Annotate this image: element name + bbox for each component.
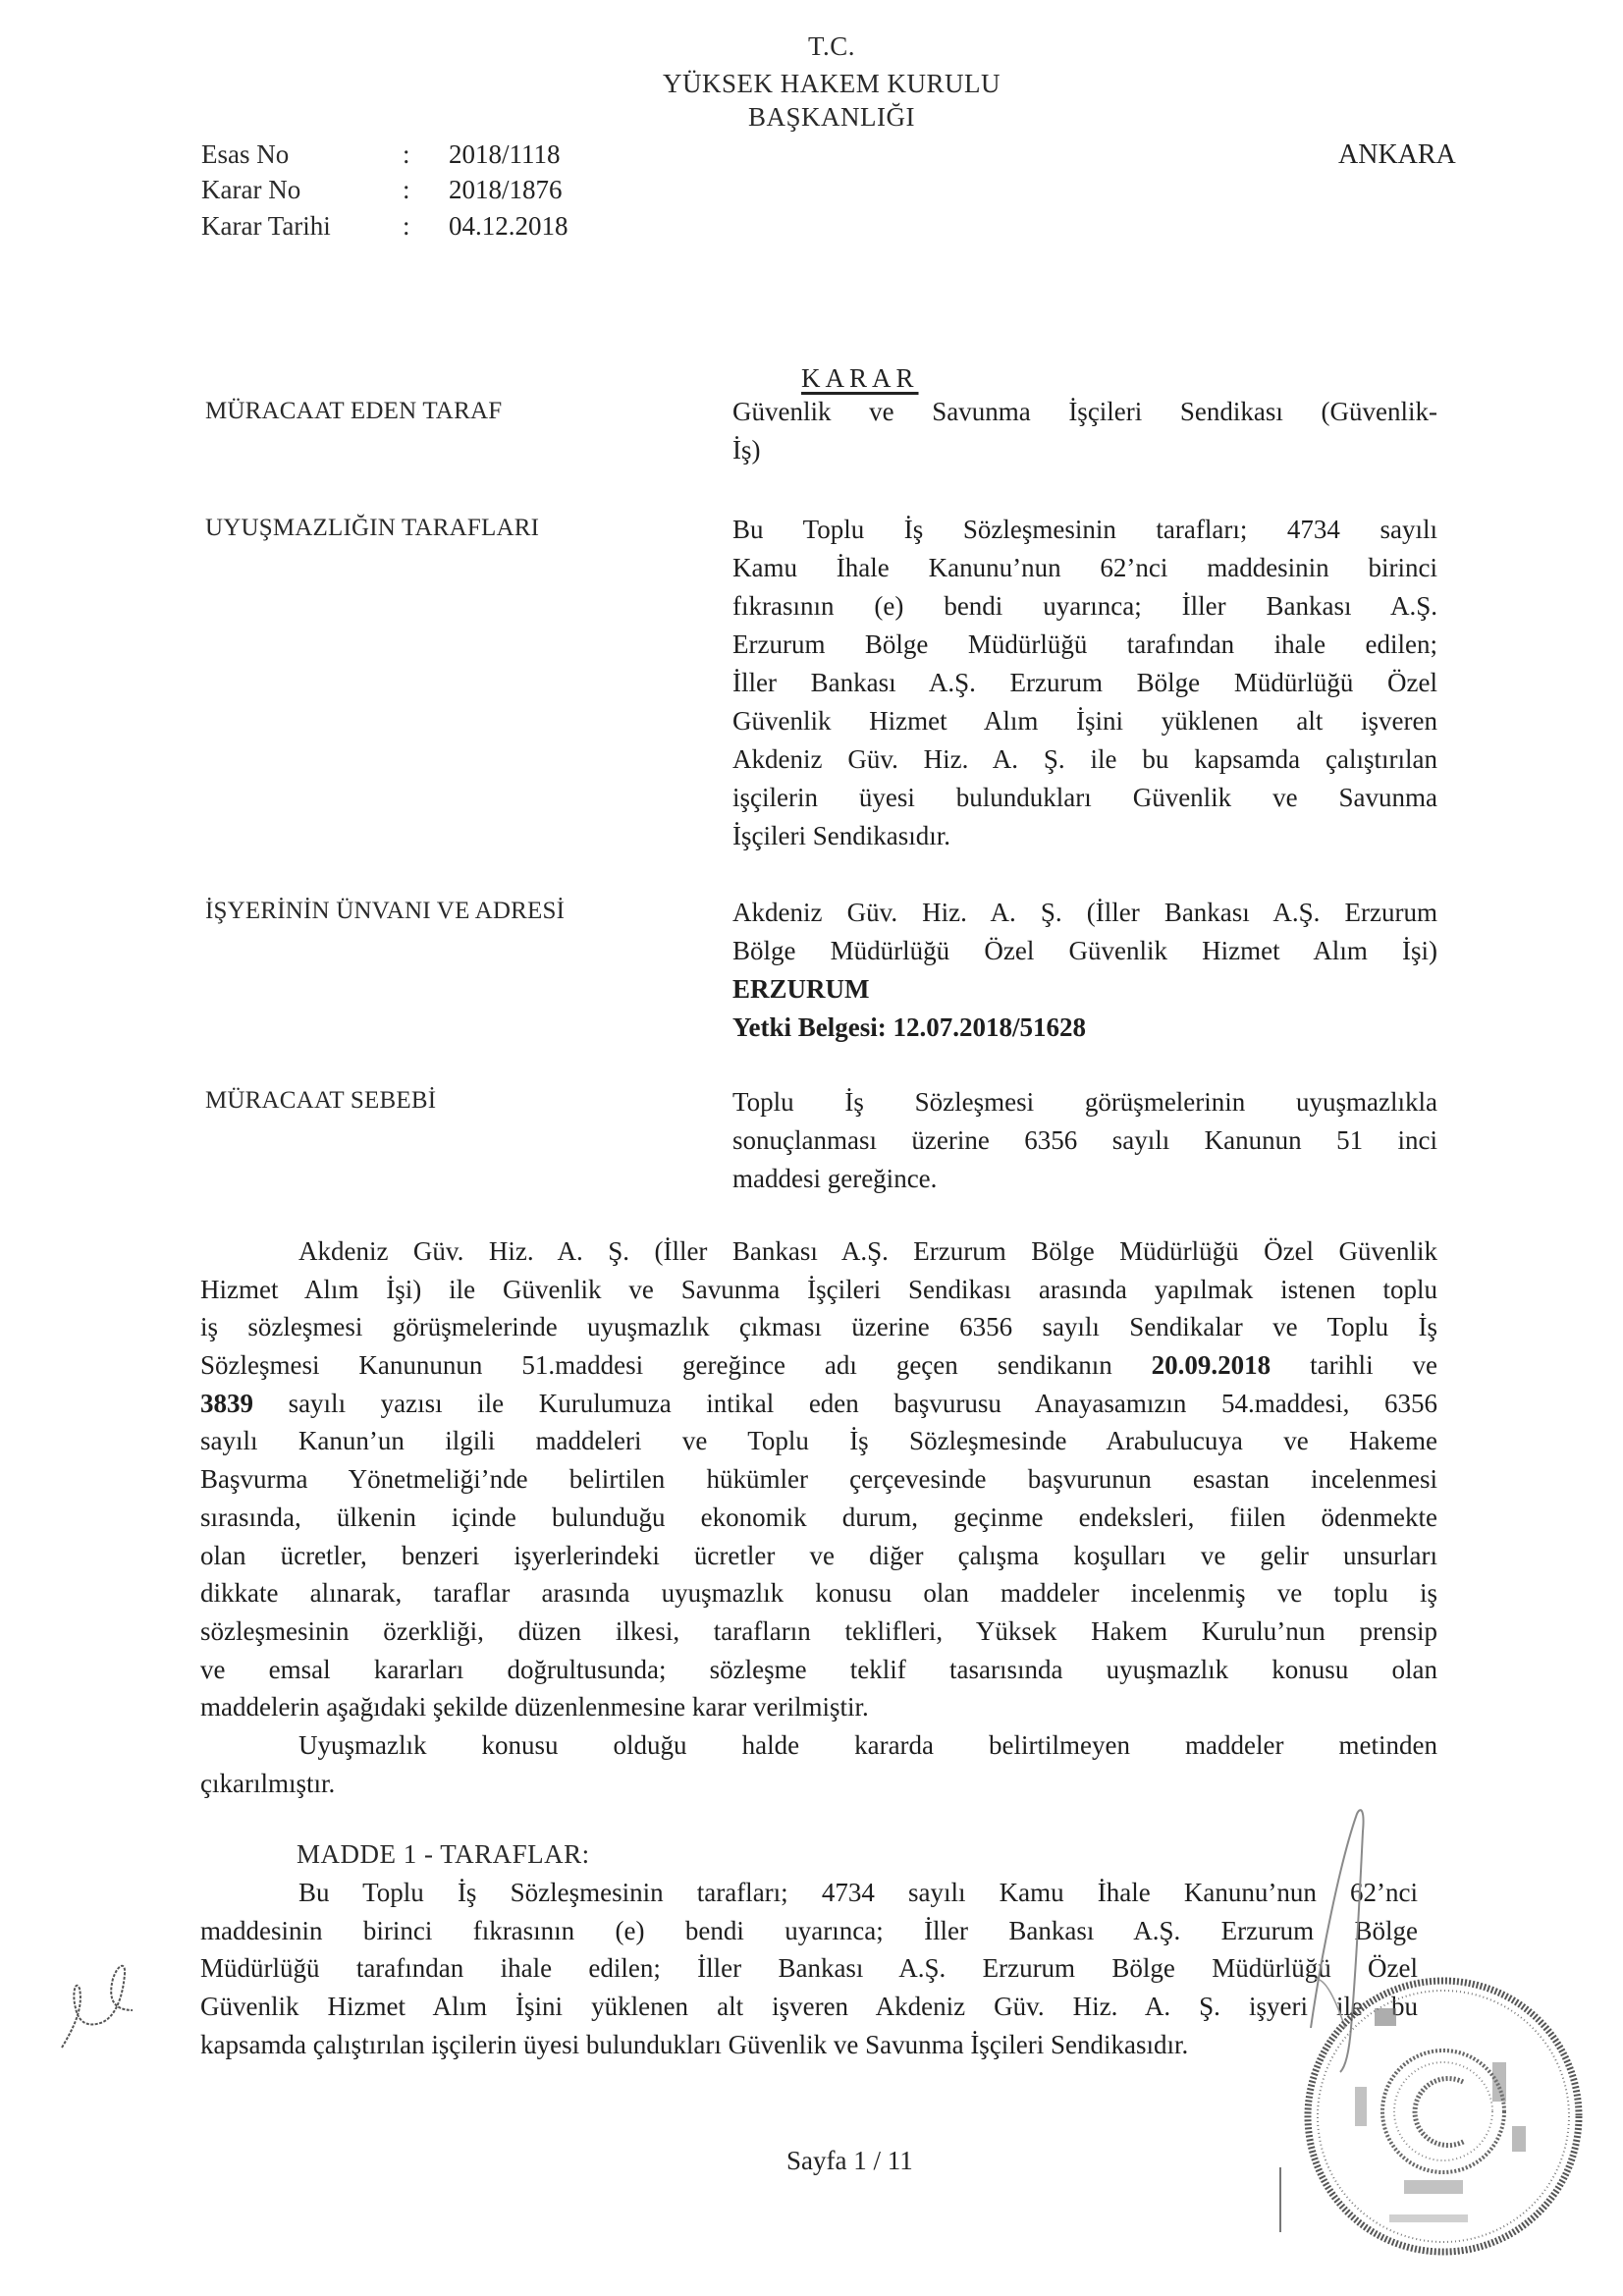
text-line: 3839 sayılı yazısı ile Kurulumuza intika… [200,1385,1437,1423]
text-run: Sözleşmesi Kanununun 51.maddesi gereğinc… [200,1350,1152,1380]
header-tc: T.C. [0,31,1623,62]
text-line: maddelerin aşağıdaki şekilde düzenlenmes… [200,1688,1437,1726]
text-line: sözleşmesinin özerkliği, düzen ilkesi, t… [200,1613,1437,1651]
text-line: fıkrasının (e) bendi uyarınca; İller Ban… [732,587,1437,626]
initials-icon [54,1949,152,2057]
text-line: Uyuşmazlık konusu olduğu halde kararda b… [200,1726,1437,1765]
article-1-heading: MADDE 1 - TARAFLAR: [297,1839,590,1870]
letter-number: 3839 [200,1389,253,1418]
text-line: Sözleşmesi Kanununun 51.maddesi gereğinc… [200,1346,1437,1385]
text-line: olan ücretler, benzeri işyerlerindeki üc… [200,1537,1437,1575]
text-line: Bölge Müdürlüğü Özel Güvenlik Hizmet Alı… [732,932,1437,970]
text-line: kapsamda çalıştırılan işçilerin üyesi bu… [200,2026,1418,2064]
meta-sep: : [403,211,410,242]
text-line: Akdeniz Güv. Hiz. A. Ş. (İller Bankası A… [200,1232,1437,1271]
section-body-reason: Toplu İş Sözleşmesi görüşmelerinin uyuşm… [732,1083,1437,1198]
meta-value-karar-no: 2018/1876 [449,175,563,205]
text-line: İş) [732,431,1437,469]
text-line: Hizmet Alım İşi) ile Güvenlik ve Savunma… [200,1271,1437,1309]
text-line: sırasında, ülkenin içinde bulunduğu ekon… [200,1499,1437,1537]
text-line: Güvenlik Hizmet Alım İşini yüklenen alt … [200,1988,1418,2026]
text-line: dikkate alınarak, taraflar arasında uyuş… [200,1574,1437,1613]
text-line: ve emsal kararları doğrultusunda; sözleş… [200,1651,1437,1689]
text-line: İşçileri Sendikasıdır. [732,817,1437,855]
section-body-applicant: Güvenlik ve Savunma İşçileri Sendikası (… [732,393,1437,469]
text-line: Bu Toplu İş Sözleşmesinin tarafları; 473… [200,1874,1418,1912]
authority-document: Yetki Belgesi: 12.07.2018/51628 [732,1009,1437,1047]
section-label-reason: MÜRACAAT SEBEBİ [205,1087,436,1115]
section-body-workplace: Akdeniz Güv. Hiz. A. Ş. (İller Bankası A… [732,894,1437,1047]
text-line: maddesi gereğince. [732,1160,1437,1198]
text-line: Başvurma Yönetmeliği’nde belirtilen hükü… [200,1460,1437,1499]
meta-label-karar-no: Karar No [201,175,300,205]
meta-sep: : [403,139,410,170]
text-line: İller Bankası A.Ş. Erzurum Bölge Müdürlü… [732,664,1437,702]
text-line: Müdürlüğü tarafından ihale edilen; İller… [200,1949,1418,1988]
text-line: işçilerin üyesi bulundukları Güvenlik ve… [732,779,1437,817]
text-line: sonuçlanması üzerine 6356 sayılı Kanunun… [732,1121,1437,1160]
section-label-applicant: MÜRACAAT EDEN TARAF [205,398,502,425]
meta-value-karar-tarihi: 04.12.2018 [449,211,568,242]
text-line: Akdeniz Güv. Hiz. A. Ş. ile bu kapsamda … [732,740,1437,779]
text-run: sayılı yazısı ile Kurulumuza intikal ede… [253,1389,1437,1418]
section-label-workplace: İŞYERİNİN ÜNVANI VE ADRESİ [205,898,565,925]
text-line: Bu Toplu İş Sözleşmesinin tarafları; 473… [732,511,1437,549]
page-number: Sayfa 1 / 11 [786,2146,913,2176]
text-line: Toplu İş Sözleşmesi görüşmelerinin uyuşm… [732,1083,1437,1121]
text-line: iş sözleşmesi görüşmelerinde uyuşmazlık … [200,1308,1437,1346]
article-1-body: Bu Toplu İş Sözleşmesinin tarafları; 473… [200,1874,1418,2063]
meta-value-esas-no: 2018/1118 [449,139,561,170]
meta-label-esas-no: Esas No [201,139,289,170]
workplace-city: ERZURUM [732,970,1437,1009]
text-line: çıkarılmıştır. [200,1765,1437,1803]
text-line: Erzurum Bölge Müdürlüğü tarafından ihale… [732,626,1437,664]
decision-paragraph: Akdeniz Güv. Hiz. A. Ş. (İller Bankası A… [200,1232,1437,1802]
header-institution: YÜKSEK HAKEM KURULU [0,69,1623,99]
text-line: Kamu İhale Kanunu’nun 62’nci maddesinin … [732,549,1437,587]
text-line: sayılı Kanun’un ilgili maddeleri ve Topl… [200,1422,1437,1460]
header-city: ANKARA [1338,139,1456,171]
meta-label-karar-tarihi: Karar Tarihi [201,211,331,242]
header-presidency: BAŞKANLIĞI [0,102,1623,133]
section-label-parties: UYUŞMAZLIĞIN TARAFLARI [205,515,539,542]
meta-sep: : [403,175,410,205]
signature-mark-icon [1274,2165,1286,2234]
application-date: 20.09.2018 [1152,1350,1271,1380]
section-body-parties: Bu Toplu İş Sözleşmesinin tarafları; 473… [732,511,1437,855]
decision-title: KARAR [801,363,919,394]
text-line: maddesinin birinci fıkrasının (e) bendi … [200,1912,1418,1950]
text-line: Güvenlik Hizmet Alım İşini yüklenen alt … [732,702,1437,740]
text-line: Akdeniz Güv. Hiz. A. Ş. (İller Bankası A… [732,894,1437,932]
official-seal-icon [1296,1969,1591,2264]
text-line: Güvenlik ve Savunma İşçileri Sendikası (… [732,393,1437,431]
text-run: tarihli ve [1271,1350,1437,1380]
